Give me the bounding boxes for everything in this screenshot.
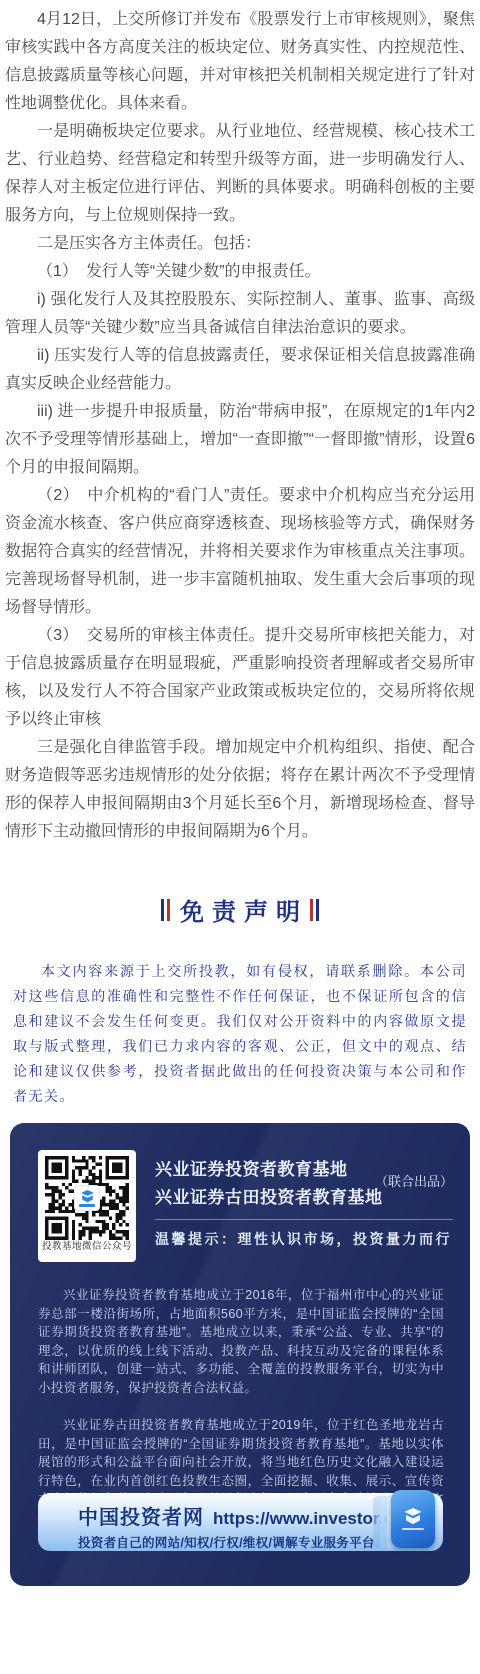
- investor-site-bar[interactable]: 中国投资者网 https://www.investor.org.cn 投资者自己…: [38, 1493, 443, 1551]
- qr-center-logo: [74, 1185, 100, 1211]
- disclaimer-text: 本文内容来源于上交所投教，如有侵权，请联系删除。本公司对这些信息的准确性和完整性…: [0, 959, 480, 1109]
- article-paragraph: 一是明确板块定位要求。从行业地位、经营规模、核心技术工艺、行业趋势、经营稳定和转…: [5, 118, 475, 230]
- qr-caption: 投教基地微信公众号: [38, 1241, 136, 1253]
- disclaimer-heading-label: 免责声明: [180, 892, 308, 927]
- qr-panel: 投教基地微信公众号: [38, 1150, 136, 1262]
- article-paragraph: 三是强化自律监管手段。增加规定中介机构组织、指使、配合财务造假等恶劣违规情形的处…: [5, 734, 475, 846]
- title-row: 兴业证券投资者教育基地 兴业证券古田投资者教育基地 （联合出品）: [155, 1156, 453, 1212]
- site-url: https://www.investor.org.cn: [213, 1509, 435, 1529]
- article-paragraph: iii) 进一步提升申报质量，防治“带病申报”，在原规定的1年内2次不予受理等情…: [5, 398, 475, 482]
- blue-bar-icon: [316, 899, 319, 921]
- red-bar-icon: [310, 899, 313, 921]
- promo-card-body: 兴业证券投资者教育基地成立于2016年，位于福州市中心的兴业证券总部一楼沿街场所…: [38, 1286, 453, 1527]
- org-title-line1: 兴业证券投资者教育基地: [155, 1156, 381, 1184]
- article-paragraph: ii) 压实发行人等的信息披露责任，要求保证相关信息披露准确真实反映企业经营能力…: [5, 342, 475, 398]
- article-paragraph: 二是压实各方主体责任。包括：: [5, 230, 475, 258]
- warm-tip: 温馨提示：理性认识市场，投资量力而行: [155, 1229, 453, 1249]
- article-paragraph: （3） 交易所的审核主体责任。提升交易所审核把关能力，对于信息披露质量存在明显瑕…: [5, 622, 475, 734]
- site-tagline: 投资者自己的网站/知权/行权/维权/调解专业服务平台: [78, 1533, 443, 1551]
- promo-card-header: 投教基地微信公众号 兴业证券投资者教育基地 兴业证券古田投资者教育基地 （联合出…: [38, 1150, 453, 1262]
- qr-logo-text-bar: [79, 1204, 95, 1207]
- blue-bar-icon: [161, 899, 164, 921]
- article-paragraph: （1） 发行人等“关键少数”的申报责任。: [5, 258, 475, 286]
- education-box-icon: [80, 1190, 95, 1203]
- heading-bars-left: [161, 899, 170, 921]
- red-bar-icon: [167, 899, 170, 921]
- disclaimer-heading: 免责声明: [0, 892, 480, 927]
- header-divider: [155, 1219, 453, 1220]
- article-body: 4月12日，上交所修订并发布《股票发行上市审核规则》，聚焦审核实践中各方高度关注…: [0, 0, 480, 846]
- heading-bars-right: [310, 899, 319, 921]
- org-title-line2: 兴业证券古田投资者教育基地: [155, 1184, 381, 1212]
- article-paragraph: i) 强化发行人及其控股股东、实际控制人、董事、监事、高级管理人员等“关键少数”…: [5, 286, 475, 342]
- promo-paragraph: 兴业证券投资者教育基地成立于2016年，位于福州市中心的兴业证券总部一楼沿街场所…: [38, 1286, 444, 1397]
- promo-card-titles: 兴业证券投资者教育基地 兴业证券古田投资者教育基地 （联合出品） 温馨提示：理性…: [155, 1150, 453, 1262]
- site-row: 中国投资者网 https://www.investor.org.cn: [78, 1501, 443, 1530]
- article-paragraph: 4月12日，上交所修订并发布《股票发行上市审核规则》，聚焦审核实践中各方高度关注…: [5, 6, 475, 118]
- article-paragraph: （2） 中介机构的“看门人”责任。要求中介机构应当充分运用资金流水核查、客户供应…: [5, 482, 475, 622]
- site-name: 中国投资者网: [78, 1501, 204, 1530]
- promo-card: 投教基地微信公众号 兴业证券投资者教育基地 兴业证券古田投资者教育基地 （联合出…: [10, 1123, 470, 1586]
- co-brand-label: （联合出品）: [375, 1171, 453, 1190]
